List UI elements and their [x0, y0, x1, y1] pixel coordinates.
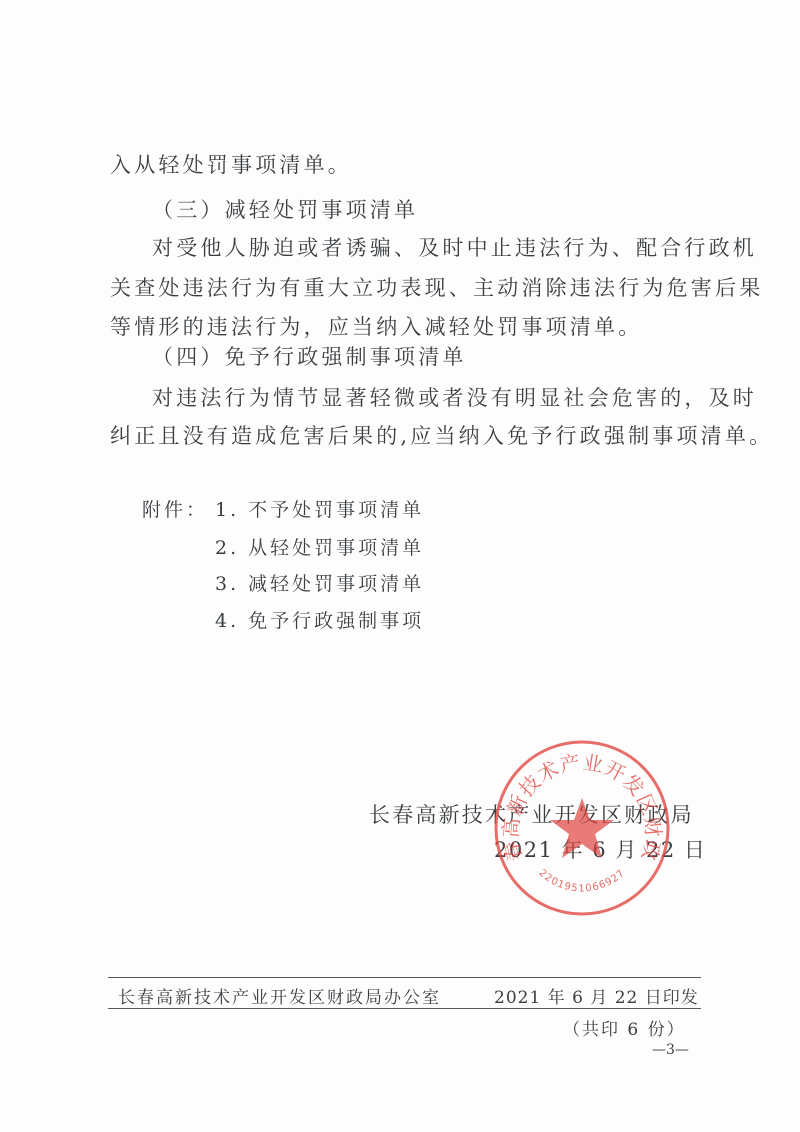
seal-code: 2201951066927 [537, 868, 628, 895]
paragraph-line: 对受他人胁迫或者诱骗、及时中止违法行为、配合行政机 [152, 234, 757, 262]
paragraph-line: 入从轻处罚事项清单。 [110, 151, 352, 179]
paragraph-line: 对违法行为情节显著轻微或者没有明显社会危害的，及时 [152, 384, 757, 412]
footer-top-rule [108, 977, 701, 978]
svg-text:2201951066927: 2201951066927 [537, 868, 628, 895]
paragraph-line: 等情形的违法行为，应当纳入减轻处罚事项清单。 [110, 313, 642, 341]
signature-organization: 长春高新技术产业开发区财政局 [369, 799, 694, 829]
page-number: —3— [652, 1042, 689, 1058]
attachments-label: 附件： [142, 497, 208, 523]
paragraph-line: 纠正且没有造成危害后果的,应当纳入免予行政强制事项清单。 [110, 422, 773, 450]
paragraph-line: 关查处违法行为有重大立功表现、主动消除违法行为危害后果 [110, 274, 763, 302]
attachment-item-4: 4. 免予行政强制事项 [215, 608, 424, 634]
document-page: 入从轻处罚事项清单。 （三）减轻处罚事项清单 对受他人胁迫或者诱骗、及时中止违法… [0, 0, 800, 1132]
footer-bottom-rule [108, 1008, 701, 1009]
footer-issue-date: 2021 年 6 月 22 日印发 [494, 983, 699, 1008]
footer-issuer: 长春高新技术产业开发区财政局办公室 [118, 983, 441, 1008]
attachment-item-2: 2. 从轻处罚事项清单 [215, 535, 424, 561]
section-heading-3: （三）减轻处罚事项清单 [152, 196, 418, 224]
section-heading-4: （四）免予行政强制事项清单 [152, 343, 467, 371]
attachment-item-3: 3. 减轻处罚事项清单 [215, 571, 424, 597]
signature-date: 2021 年 6 月 22 日 [494, 834, 706, 864]
footer-copies: （共印 6 份） [563, 1015, 686, 1040]
attachment-item-1: 1. 不予处罚事项清单 [215, 497, 424, 523]
